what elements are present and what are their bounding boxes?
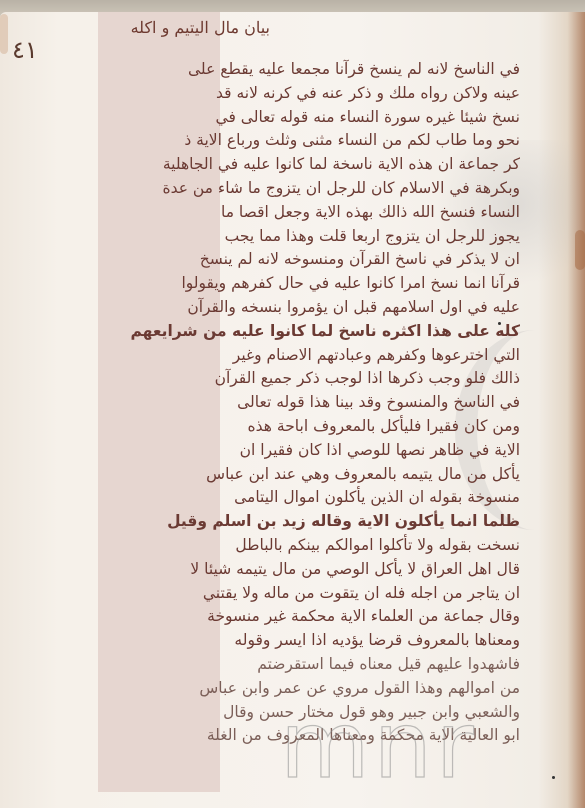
text-line: الاية في ظاهر نصها للوصي اذا كان فقيرا ا… xyxy=(48,439,520,463)
text-line: ومن كان فقيرا فليأكل بالمعروف اباحة هذه xyxy=(48,415,520,439)
page-heading: بيان مال اليتيم و اكله xyxy=(70,18,270,37)
text-line: ظلما انما يأكلون الاية وقاله زيد بن اسلم… xyxy=(48,510,520,534)
manuscript-text: في الناسخ لانه لم ينسخ قرآنا مجمعا عليه … xyxy=(48,58,520,748)
text-line: عليه في اول اسلامهم قبل ان يؤمروا بنسخه … xyxy=(48,296,520,320)
text-line: نحو وما طاب لكم من النساء مثنى وثلث وربا… xyxy=(48,129,520,153)
folio-number: ٤١ xyxy=(12,36,38,64)
watermark-logo: mnr xyxy=(280,700,478,792)
text-line: عينه ولاكن رواه ملك و ذكر عنه في كرنه لا… xyxy=(48,82,520,106)
text-line: وقال جماعة من العلماء الاية محكمة غير من… xyxy=(48,605,520,629)
text-line: التي اخترعوها وكفرهم وعبادتهم الاصنام وغ… xyxy=(48,344,520,368)
text-line: وبكرهة في الاسلام كان للرجل ان يتزوج ما … xyxy=(48,177,520,201)
paper-stain-left xyxy=(0,14,8,54)
text-line: كله على هذا اكثره ناسخ لما كانوا عليه من… xyxy=(48,320,520,344)
text-line: ان يتاجر من اجله فله ان يتقوت من ماله ول… xyxy=(48,582,520,606)
text-line: ذالك فلو وجب ذكرها اذا لوجب ذكر جميع الق… xyxy=(48,367,520,391)
text-line: يأكل من مال يتيمه بالمعروف وهي عند ابن ع… xyxy=(48,463,520,487)
text-line: ومعناها بالمعروف قرضا يؤديه اذا ايسر وقو… xyxy=(48,629,520,653)
text-line: منسوخة بقوله ان الذين يأكلون اموال اليتا… xyxy=(48,486,520,510)
text-line: نسخت بقوله ولا تأكلوا اموالكم بينكم بالب… xyxy=(48,534,520,558)
text-line: في الناسخ والمنسوخ وقد بينا هذا قوله تعا… xyxy=(48,391,520,415)
text-line: النساء فنسخ الله ذالك بهذه الاية وجعل اق… xyxy=(48,201,520,225)
text-line: نسخ شيئا غيره سورة النساء منه قوله تعالى… xyxy=(48,106,520,130)
text-line: في الناسخ لانه لم ينسخ قرآنا مجمعا عليه … xyxy=(48,58,520,82)
ink-dot xyxy=(498,322,501,325)
text-line: يجوز للرجل ان يتزوج اربعا قلت وهذا مما ي… xyxy=(48,225,520,249)
text-line: كر جماعة ان هذه الاية ناسخة لما كانوا عل… xyxy=(48,153,520,177)
text-line: ان لا يذكر في ناسخ القرآن ومنسوخه لانه ل… xyxy=(48,248,520,272)
text-line: فاشهدوا عليهم قيل معناه فيما استقرضتم xyxy=(48,653,520,677)
ink-dot xyxy=(552,776,555,779)
text-line: قال اهل العراق لا يأكل الوصي من مال يتيم… xyxy=(48,558,520,582)
text-line: قرآنا انما نسخ امرا كانوا عليه في حال كف… xyxy=(48,272,520,296)
